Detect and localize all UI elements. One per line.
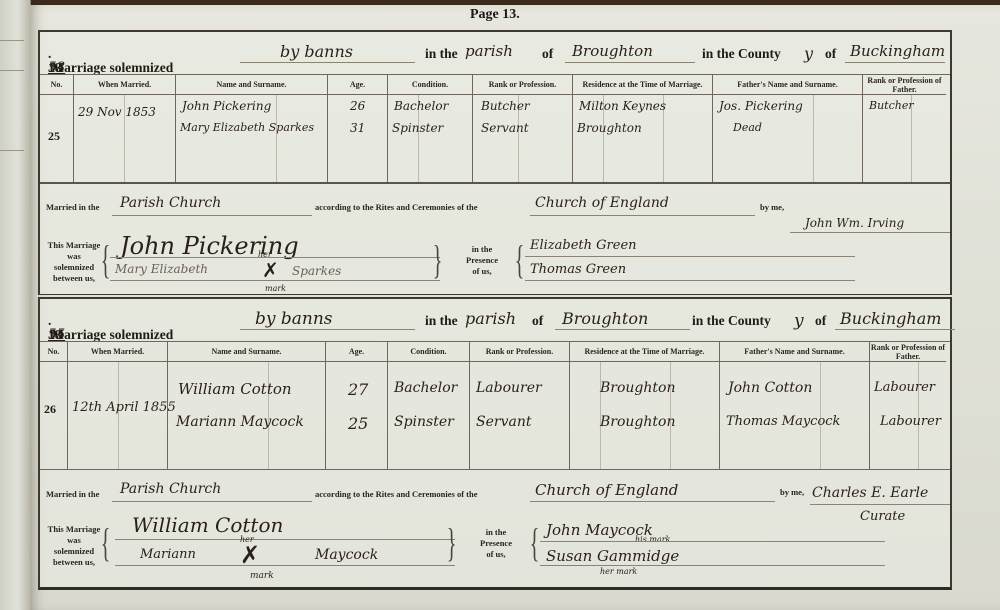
witness-brace: { [530, 523, 540, 563]
parish-label: parish [465, 309, 516, 328]
solemnized-by: by banns [255, 309, 333, 329]
parish-name: Broughton [572, 42, 653, 60]
cell-fathers: John Cotton Thomas Maycock [720, 362, 870, 470]
label-county: in the County [702, 46, 781, 62]
page-title: Page 13. [470, 7, 520, 23]
col-header-rank: Rank or Profession. [470, 342, 570, 362]
when-married: 29 Nov 1853 [78, 105, 156, 119]
cell-number: 25 [40, 95, 74, 183]
cell-father-ranks: Labourer Labourer [870, 362, 946, 470]
col-header-no: No. [40, 342, 68, 362]
bride-father: Dead [733, 121, 762, 134]
entry-table: No. When Married. Name and Surname. Age.… [40, 74, 950, 183]
cell-conditions: Bachelor Spinster [388, 95, 473, 183]
officiant-signature: Charles E. Earle [812, 485, 928, 501]
mark-label: mark [265, 284, 286, 293]
bride-father: Thomas Maycock [726, 414, 840, 429]
rites-of: Church of England [535, 481, 678, 499]
groom-rank: Butcher [481, 99, 530, 113]
witness-2-mark: her mark [600, 567, 637, 576]
married-in-place: Parish Church [120, 481, 221, 497]
label-of-county: of [815, 313, 826, 329]
register-page: Page 13. 1853. Marriage solemnized by ba… [30, 5, 1000, 610]
left-brace: { [101, 240, 111, 280]
marriage-entry-25: 1853. Marriage solemnized by banns in th… [38, 30, 952, 295]
marriage-entry-26: 1855. Marriage solemnized by banns in th… [38, 297, 952, 590]
cell-ages: 26 31 [328, 95, 388, 183]
witness-2: Thomas Green [530, 262, 626, 277]
label-in-presence: in the Presence of us, [452, 244, 512, 277]
bride-signature-first: Mary Elizabeth [115, 262, 208, 276]
bride-rank: Servant [481, 121, 529, 135]
cell-fathers: Jos. Pickering Dead [713, 95, 863, 183]
groom-condition: Bachelor [394, 99, 448, 113]
label-of: of [542, 46, 553, 62]
right-brace: } [447, 523, 457, 563]
rites-of: Church of England [535, 195, 669, 211]
col-header-condition: Condition. [388, 342, 470, 362]
label-in-the: in the [425, 46, 458, 62]
entry-header: 1855. Marriage solemnized by banns in th… [40, 299, 950, 337]
col-header-rank: Rank or Profession. [473, 75, 573, 95]
bride-name: Mary Elizabeth Sparkes [180, 121, 314, 134]
county-name: Buckingham [850, 42, 945, 60]
officiant-title: Curate [860, 509, 905, 524]
entry-number: 26 [44, 402, 56, 417]
right-brace: } [433, 240, 443, 280]
col-header-residence: Residence at the Time of Marriage. [573, 75, 713, 95]
label-married-in: Married in the [46, 489, 99, 499]
cell-ranks: Labourer Servant [470, 362, 570, 470]
parish-name: Broughton [562, 309, 648, 328]
cell-residences: Milton Keynes Broughton [573, 95, 713, 183]
cell-names: John Pickering Mary Elizabeth Sparkes [176, 95, 328, 183]
married-in-place: Parish Church [120, 195, 221, 211]
groom-rank: Labourer [476, 380, 542, 396]
label-presence-3: of us, [466, 549, 526, 560]
cell-residences: Broughton Broughton [570, 362, 720, 470]
when-married: 12th April 1855 [72, 400, 176, 415]
label-line-3: solemnized [44, 546, 104, 557]
label-presence-1: in the [466, 527, 526, 538]
label-county: in the County [692, 313, 771, 329]
bride-condition: Spinster [392, 121, 443, 135]
groom-father: John Cotton [728, 380, 812, 396]
label-in-presence: in the Presence of us, [466, 527, 526, 560]
col-header-father: Father's Name and Surname. [720, 342, 870, 362]
groom-name: John Pickering [182, 99, 271, 113]
left-brace: { [101, 523, 111, 563]
groom-residence: Milton Keynes [579, 99, 666, 113]
label-line-3: solemnized [44, 262, 104, 273]
groom-signature: William Cotton [132, 513, 283, 537]
county-suffix: y [804, 44, 813, 63]
officiant-signature: John Wm. Irving [805, 216, 904, 230]
col-header-when: When Married. [68, 342, 168, 362]
bride-condition: Spinster [394, 414, 454, 430]
label-line-4: between us, [44, 557, 104, 568]
entry-number: 25 [48, 129, 60, 144]
label-of-county: of [825, 46, 836, 62]
cell-number: 26 [40, 362, 68, 470]
bride-residence: Broughton [600, 414, 675, 430]
bride-age: 25 [348, 414, 368, 433]
mark-label: mark [250, 571, 274, 581]
label-line-4: between us, [44, 273, 104, 284]
bride-name: Mariann Maycock [176, 414, 304, 430]
bride-signature-surname: Sparkes [292, 264, 341, 278]
bride-age: 31 [350, 121, 365, 135]
label-presence-2: Presence [466, 538, 526, 549]
bride-signature-first: Mariann [140, 547, 196, 562]
label-line-1: This Marriage [44, 524, 104, 535]
groom-name: William Cotton [178, 380, 292, 398]
bride-residence: Broughton [577, 121, 642, 135]
col-header-when: When Married. [74, 75, 176, 95]
col-header-father-rank: Rank or Profession of Father. [870, 342, 946, 362]
label-in-the: in the [425, 313, 458, 329]
groom-father-rank: Labourer [874, 380, 935, 395]
label-this-marriage: This Marriage was solemnized between us, [44, 240, 104, 284]
col-header-no: No. [40, 75, 74, 95]
label-married-in: Married in the [46, 202, 99, 212]
label-by-me: by me, [760, 202, 784, 212]
label-this-marriage: This Marriage was solemnized between us, [44, 524, 104, 568]
groom-father: Jos. Pickering [719, 99, 803, 113]
witness-1-mark: his mark [635, 535, 670, 544]
label-according-to: according to the Rites and Ceremonies of… [315, 489, 478, 499]
col-header-condition: Condition. [388, 75, 473, 95]
col-header-name: Name and Surname. [168, 342, 326, 362]
bride-signature-surname: Maycock [315, 547, 378, 563]
label-presence-3: of us, [452, 266, 512, 277]
label-line-1: This Marriage [44, 240, 104, 251]
cell-when: 29 Nov 1853 [74, 95, 176, 183]
witness-2: Susan Gammidge [546, 547, 679, 565]
groom-condition: Bachelor [394, 380, 457, 396]
witness-1: Elizabeth Green [530, 238, 637, 253]
witness-brace: { [515, 240, 525, 280]
groom-age: 26 [350, 99, 365, 113]
cell-conditions: Bachelor Spinster [388, 362, 470, 470]
groom-father-rank: Butcher [869, 99, 914, 112]
col-header-father: Father's Name and Surname. [713, 75, 863, 95]
col-header-age: Age. [326, 342, 388, 362]
label-according-to: according to the Rites and Ceremonies of… [315, 202, 478, 212]
label-presence-1: in the [452, 244, 512, 255]
groom-age: 27 [348, 380, 368, 399]
label-presence-2: Presence [452, 255, 512, 266]
label-of: of [532, 313, 543, 329]
cell-ranks: Butcher Servant [473, 95, 573, 183]
solemnized-by: by banns [280, 42, 353, 61]
cell-names: William Cotton Mariann Maycock [168, 362, 326, 470]
bride-rank: Servant [476, 414, 531, 430]
county-name: Buckingham [840, 309, 941, 328]
label-line-2: was [44, 535, 104, 546]
entry-header: 1853. Marriage solemnized by banns in th… [40, 32, 950, 70]
parish-label: parish [465, 42, 513, 60]
col-header-name: Name and Surname. [176, 75, 328, 95]
label-line-2: was [44, 251, 104, 262]
cell-ages: 27 25 [326, 362, 388, 470]
county-suffix: y [794, 311, 804, 331]
col-header-father-rank: Rank or Profession of Father. [863, 75, 946, 95]
cell-father-ranks: Butcher [863, 95, 946, 183]
bride-father-rank: Labourer [880, 414, 941, 429]
col-header-age: Age. [328, 75, 388, 95]
cell-when: 12th April 1855 [68, 362, 168, 470]
groom-residence: Broughton [600, 380, 675, 396]
entry-table: No. When Married. Name and Surname. Age.… [40, 341, 950, 470]
previous-page-edge [0, 0, 31, 610]
label-by-me: by me, [780, 487, 804, 497]
col-header-residence: Residence at the Time of Marriage. [570, 342, 720, 362]
